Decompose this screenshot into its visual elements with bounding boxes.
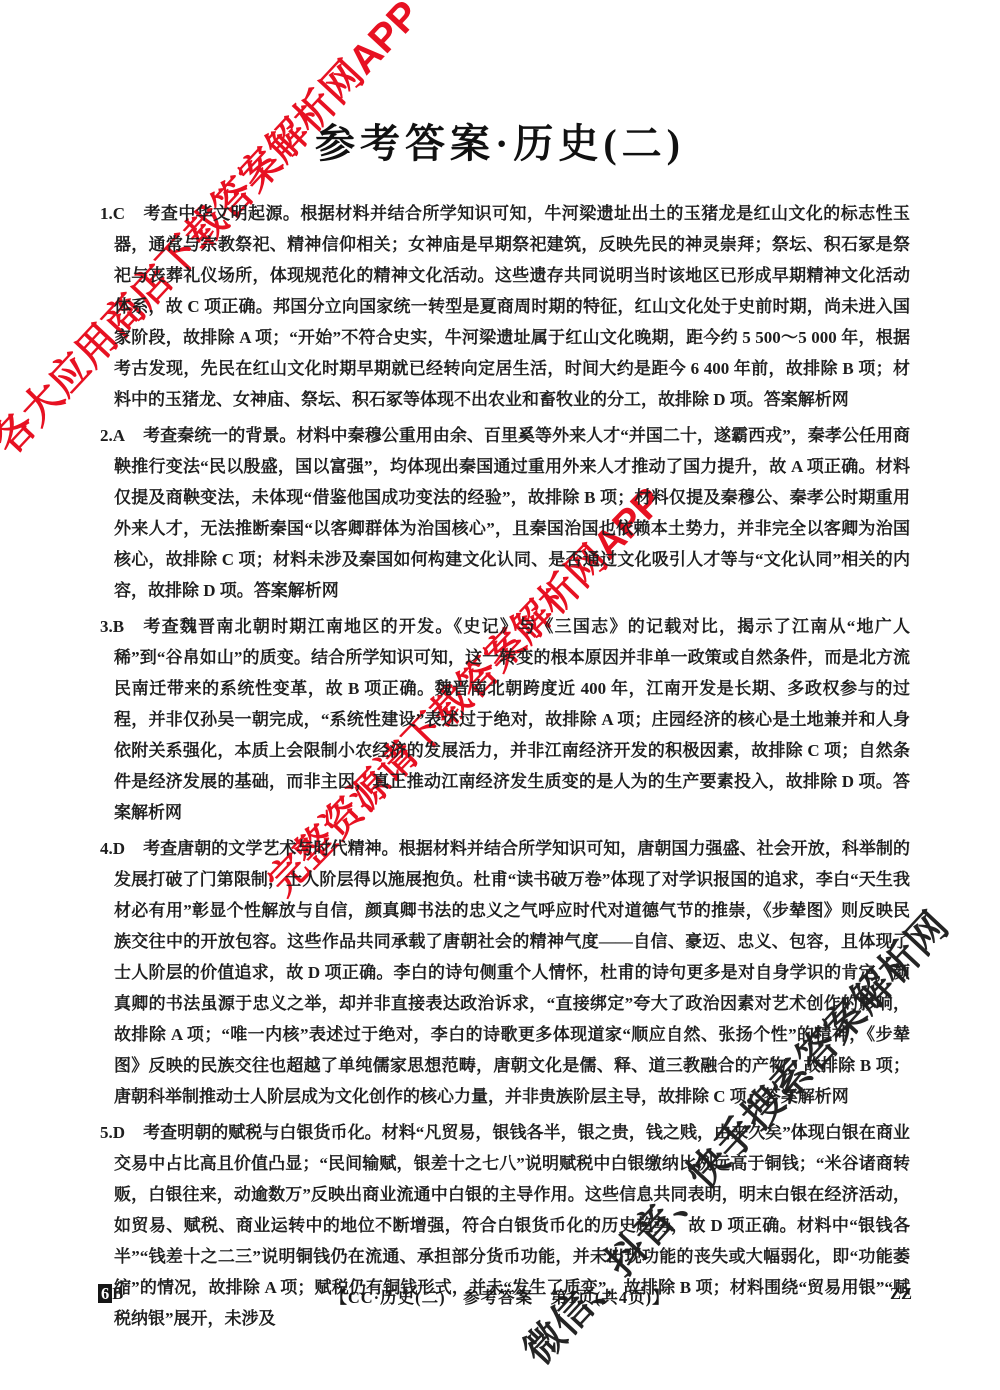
answer-text-4: 考查唐朝的文学艺术与时代精神。根据材料并结合所学知识可知，唐朝国力强盛、社会开放…: [114, 839, 910, 1106]
answer-item-1: 1.C考查中华文明起源。根据材料并结合所学知识可知，牛河梁遗址出土的玉猪龙是红山…: [100, 198, 910, 415]
footer-page-info: 【CC·历史(二) 参考答案 第1页(共4页)】: [0, 1284, 1000, 1308]
answer-number-4: 4.D: [100, 839, 143, 858]
answer-item-3: 3.B考查魏晋南北朝时期江南地区的开发。《史记》与《三国志》的记载对比，揭示了江…: [100, 611, 910, 828]
answer-sheet-page: 各大应用商店下载答案解析网APP 完整资源请下载答案解析网APP 微信、抖音、快…: [0, 0, 1000, 1390]
answer-number-1: 1.C: [100, 204, 143, 223]
page-title: 参考答案·历史(二): [0, 112, 1000, 169]
answer-text-2: 考查秦统一的背景。材料中秦穆公重用由余、百里奚等外来人才“并国二十，遂霸西戎”，…: [114, 426, 910, 600]
answer-number-5: 5.D: [100, 1123, 143, 1142]
answer-item-2: 2.A考查秦统一的背景。材料中秦穆公重用由余、百里奚等外来人才“并国二十，遂霸西…: [100, 420, 910, 606]
answer-number-3: 3.B: [100, 617, 142, 636]
answer-text-3: 考查魏晋南北朝时期江南地区的开发。《史记》与《三国志》的记载对比，揭示了江南从“…: [114, 617, 910, 822]
answer-number-2: 2.A: [100, 426, 143, 445]
answer-text-1: 考查中华文明起源。根据材料并结合所学知识可知，牛河梁遗址出土的玉猪龙是红山文化的…: [114, 204, 910, 409]
footer-version-code: ZZ: [890, 1284, 912, 1304]
answer-item-4: 4.D考查唐朝的文学艺术与时代精神。根据材料并结合所学知识可知，唐朝国力强盛、社…: [100, 833, 910, 1112]
answers-section: 1.C考查中华文明起源。根据材料并结合所学知识可知，牛河梁遗址出土的玉猪龙是红山…: [100, 198, 910, 1339]
